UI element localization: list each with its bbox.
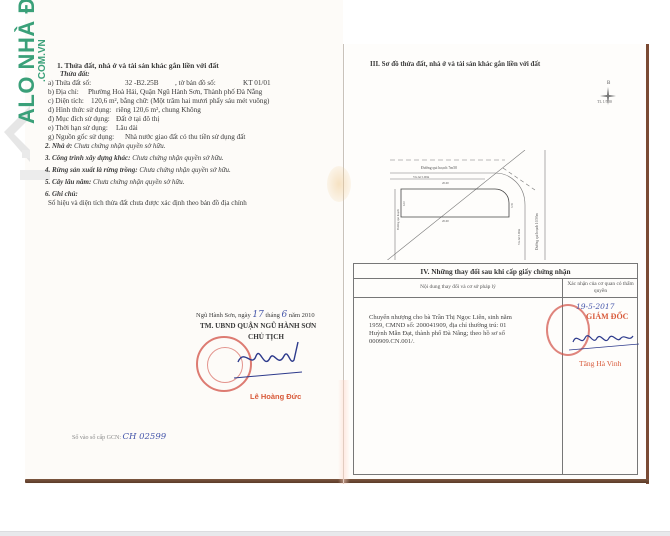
field-parcel-number-label: a) Thửa đất số: bbox=[48, 79, 91, 87]
field-area: 120,6 m², bằng chữ: (Một trăm hai mươi p… bbox=[91, 97, 269, 105]
svg-text:Đường qui hoạch 7m50: Đường qui hoạch 7m50 bbox=[421, 166, 457, 170]
item-forest-text: Chưa chứng nhận quyền sở hữu. bbox=[139, 166, 230, 174]
page-edge-right bbox=[646, 44, 649, 484]
paper-stain bbox=[327, 166, 351, 202]
svg-text:3.35: 3.35 bbox=[511, 203, 514, 208]
changes-table-title: IV. Những thay đổi sau khi cấp giấy chứn… bbox=[354, 264, 637, 279]
field-map-sheet: KT 01/01 bbox=[243, 79, 271, 87]
notes-text: Số hiệu và diện tích thửa đất chưa được … bbox=[48, 199, 247, 207]
signature-icon bbox=[569, 324, 639, 354]
page-edge-bottom bbox=[25, 479, 649, 483]
field-duration-label: e) Thời hạn sử dụng: bbox=[48, 124, 108, 132]
field-origin: Nhà nước giao đất có thu tiền sử dụng đấ… bbox=[125, 133, 245, 141]
field-address: Phường Hoà Hải, Quận Ngũ Hành Sơn, Thành… bbox=[88, 88, 262, 96]
serial-label: Số vào sổ cấp GCN: bbox=[72, 435, 121, 441]
signature-icon bbox=[230, 338, 310, 384]
changes-table: IV. Những thay đổi sau khi cấp giấy chứn… bbox=[353, 263, 638, 475]
svg-text:Đường qui hoạch 10.50m: Đường qui hoạch 10.50m bbox=[535, 213, 539, 250]
item-other-construction-heading: 3. Công trình xây dựng khác: bbox=[45, 154, 131, 162]
serial-value: CH 02599 bbox=[123, 432, 167, 442]
svg-text:Vỉa hè 5.00m: Vỉa hè 5.00m bbox=[413, 175, 430, 179]
section-1-subtitle: Thửa đất: bbox=[60, 70, 90, 78]
confirmation-date: 19-5-2017 bbox=[576, 302, 614, 311]
svg-text:6.10: 6.10 bbox=[403, 201, 406, 206]
field-usage-form-label: d) Hình thức sử dụng: bbox=[48, 106, 111, 114]
change-entry-line: Huỳnh Mẫn Đạt, thành phố Đà Nẵng; theo h… bbox=[369, 330, 505, 337]
map-scale: TL 1/500 bbox=[597, 99, 612, 104]
field-area-label: c) Diện tích: bbox=[48, 97, 84, 105]
signature-day: 17 bbox=[252, 310, 263, 320]
item-perennial-trees: 5. Cây lâu năm: Chưa chứng nhận quyền sở… bbox=[45, 178, 184, 186]
signature-month-label: tháng bbox=[265, 312, 279, 319]
viewer-bottom-bar bbox=[0, 531, 670, 536]
signer-name: Lê Hoàng Đức bbox=[250, 392, 301, 401]
item-notes: 6. Ghi chú: bbox=[45, 190, 78, 198]
signature-date-line: Ngũ Hành Sơn, ngày 17 tháng 6 năm 2010 bbox=[196, 310, 315, 320]
change-entry-line: Chuyển nhượng cho bà Trần Thị Ngọc Liên,… bbox=[369, 314, 512, 321]
item-forest: 4. Rừng sản xuất là rừng trồng: Chưa chứ… bbox=[45, 166, 231, 174]
item-forest-heading: 4. Rừng sản xuất là rừng trồng: bbox=[45, 166, 138, 174]
fold-shadow bbox=[338, 380, 350, 484]
signature-month: 6 bbox=[282, 310, 288, 320]
header-content-column: Nội dung thay đổi và cơ sở pháp lý bbox=[354, 284, 562, 290]
svg-text:20.00: 20.00 bbox=[442, 219, 449, 223]
signature-organization: TM. UBND QUẬN NGŨ HÀNH SƠN bbox=[200, 322, 316, 330]
item-perennial-trees-text: Chưa chứng nhận quyền sở hữu. bbox=[93, 178, 184, 186]
change-entry-line: 1959, CMND số: 200041909, địa chỉ thường… bbox=[369, 322, 506, 329]
signature-year: năm 2010 bbox=[289, 312, 315, 319]
item-house-text: Chưa chứng nhận quyền sở hữu. bbox=[74, 142, 165, 150]
header-confirmation-column: Xác nhận của cơ quan có thẩm quyền bbox=[563, 281, 638, 295]
field-map-sheet-label: , tờ bản đồ số: bbox=[175, 79, 216, 87]
signature-place: Ngũ Hành Sơn, ngày bbox=[196, 312, 251, 319]
section-3-title: III. Sơ đồ thửa đất, nhà ở và tài sản kh… bbox=[370, 60, 540, 68]
field-purpose: Đất ở tại đô thị bbox=[116, 115, 159, 123]
changes-table-header: Nội dung thay đổi và cơ sở pháp lý Xác n… bbox=[354, 279, 637, 298]
field-duration: Lâu dài bbox=[116, 124, 138, 132]
svg-text:Đường qui hoạch: Đường qui hoạch bbox=[396, 209, 400, 230]
confirmation-signer-name: Tăng Hà Vinh bbox=[579, 359, 621, 368]
svg-text:B: B bbox=[607, 81, 611, 86]
item-house: 2. Nhà ở: Chưa chứng nhận quyền sở hữu. bbox=[45, 142, 165, 150]
item-notes-heading: 6. Ghi chú: bbox=[45, 190, 78, 198]
field-address-label: b) Địa chỉ: bbox=[48, 88, 79, 96]
field-parcel-number: 32 -B2.25B bbox=[125, 79, 159, 87]
confirmation-title: GIÁM ĐỐC bbox=[586, 312, 628, 321]
item-other-construction-text: Chưa chứng nhận quyền sở hữu. bbox=[132, 154, 223, 162]
field-origin-label: g) Nguồn gốc sử dụng: bbox=[48, 133, 114, 141]
svg-text:Vỉa hè 5.00m: Vỉa hè 5.00m bbox=[517, 228, 521, 245]
change-entry-line: 000909.CN.001/. bbox=[369, 338, 415, 345]
serial-number-line: Số vào sổ cấp GCN: CH 02599 bbox=[72, 432, 166, 442]
field-usage-form: riêng 120,6 m², chung Không bbox=[116, 106, 201, 114]
section-1-title: 1. Thửa đất, nhà ở và tài sản khác gắn l… bbox=[57, 61, 219, 70]
svg-text:20.00: 20.00 bbox=[442, 181, 449, 185]
parcel-diagram: Đường qui hoạch 7m50 Vỉa hè 5.00m 20.00 … bbox=[385, 150, 555, 260]
item-perennial-trees-heading: 5. Cây lâu năm: bbox=[45, 178, 91, 186]
field-purpose-label: đ) Mục đích sử dụng: bbox=[48, 115, 110, 123]
item-other-construction: 3. Công trình xây dựng khác: Chưa chứng … bbox=[45, 154, 224, 162]
item-house-heading: 2. Nhà ở: bbox=[45, 142, 72, 150]
watermark-domain: .COM.VN bbox=[37, 39, 48, 82]
